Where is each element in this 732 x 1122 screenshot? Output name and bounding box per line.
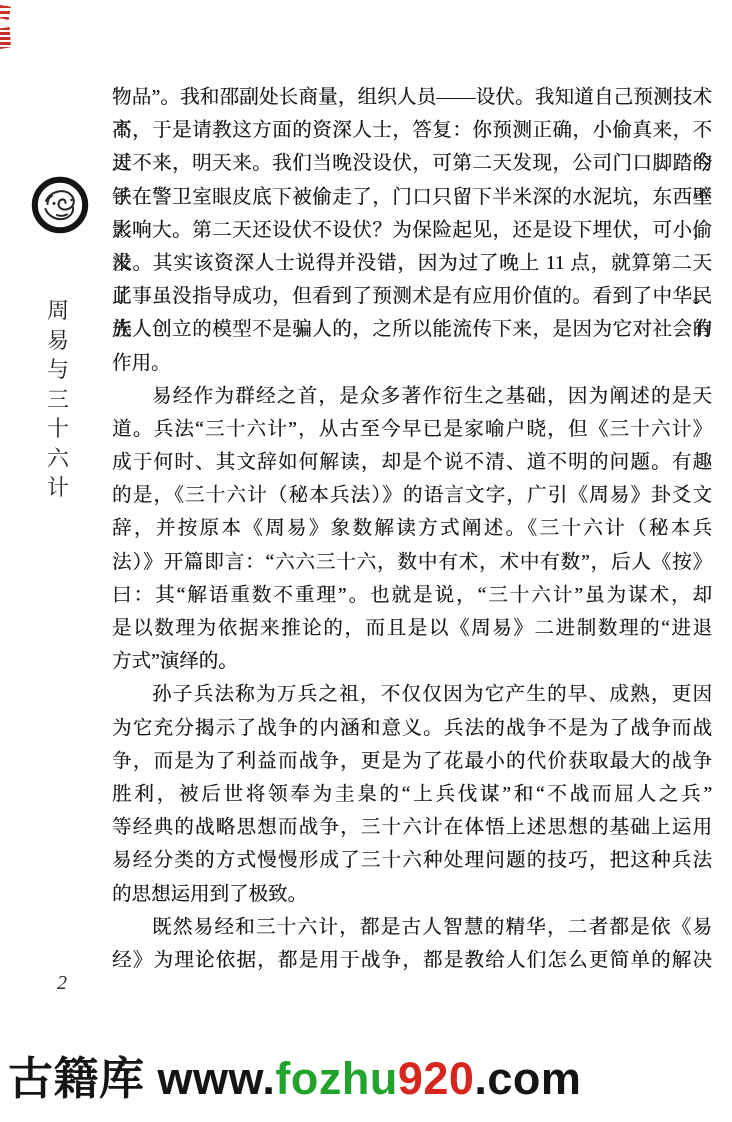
text-line: 成于何时、其文辞如何解读，却是个说不清、道不明的问题。有趣 [112,446,712,479]
text-line: 曰：其“解语重数不重理”。也就是说，“三十六计”虽为谋术，却 [112,579,712,612]
text-line: 的是，《三十六计（秘本兵法）》的语言文字，广引《周易》卦爻文 [112,479,712,512]
book-title-char: 与 [47,359,69,381]
text-line: 易经作为群经之首，是众多著作衍生之基础，因为阐述的是天 [112,380,712,413]
book-title-char: 易 [47,330,69,352]
footer-text-segment: .com [474,1053,581,1104]
footer-text-segment: 古籍库 [8,1053,158,1104]
text-line: 等经典的战略思想而战争，三十六计在体悟上述思想的基础上运用 [112,811,712,844]
text-line: 先人创立的模型不是骗人的，之所以能流传下来，是因为它对社会有 [112,313,712,346]
footer-text-segment: 920 [398,1053,475,1104]
dragon-seal-icon [31,176,89,234]
red-stamp-fragment-icon [0,5,11,20]
text-line: 孙子兵法称为万兵之祖，不仅仅因为它产生的早、成熟，更因 [112,678,712,711]
text-line: 是以数理为依据来推论的，而且是以《周易》二进制数理的“进退 [112,612,712,645]
watermark-footer: 古籍库 www.fozhu920.com [8,1050,732,1112]
text-line: 天不来，明天来。我们当晚没设伏，可第二天发现，公司门口脚踏的铁壁 [112,147,712,180]
text-line: 辞，并按原本《周易》象数解读方式阐述。《三十六计（秘本兵 [112,512,712,545]
text-line: 此事虽没指导成功，但看到了预测术是有应用价值的。看到了中华民族的 [112,280,712,313]
text-line: 影响大。第二天还设伏不设伏？为保险起见，还是设下埋伏，可小偷没 [112,214,712,247]
text-line: 高，于是请教这方面的资深人士，答复：你预测正确，小偷真来，不过今 [112,114,712,147]
text-line: 作用。 [112,347,712,380]
text-line: 胜利，被后世将领奉为圭臬的“上兵伐谋”和“不战而屈人之兵” [112,778,712,811]
text-line: 争，而是为了利益而战争，更是为了花最小的代价获取最大的战争 [112,745,712,778]
book-title-char: 三 [47,389,69,411]
text-line: 易经分类的方式慢慢形成了三十六种处理问题的技巧，把这种兵法 [112,844,712,877]
text-line: 的思想运用到了极致。 [112,878,712,911]
book-title-char: 六 [47,448,69,470]
text-line: 子在警卫室眼皮底下被偷走了，门口只留下半米深的水泥坑，东西不大， [112,181,712,214]
page-body-text: 物品”。我和邵副处长商量，组织人员——设伏。我知道自己预测技术不高，于是请教这方… [112,81,712,977]
book-title-char: 十 [47,418,69,440]
text-line: 物品”。我和邵副处长商量，组织人员——设伏。我知道自己预测技术不 [112,81,712,114]
red-stamp-fragment-icon [0,27,11,49]
book-title-char: 周 [47,300,69,322]
footer-text-segment: www. [158,1053,276,1104]
book-title-vertical: 周易与三十六计 [44,300,72,499]
book-title-char: 计 [47,477,69,499]
text-line: 为它充分揭示了战争的内涵和意义。兵法的战争不是为了战争而战 [112,712,712,745]
text-line: 方式”演绎的。 [112,645,712,678]
text-line: 来。其实该资深人士说得并没错，因为过了晚上 11 点，就算第二天了。 [112,247,712,280]
page-number: 2 [57,972,67,995]
text-line: 法）》开篇即言：“六六三十六，数中有术，术中有数”，后人《按》 [112,546,712,579]
text-line: 道。兵法“三十六计”，从古至今早已是家喻户晓，但《三十六计》 [112,413,712,446]
book-page: 周易与三十六计 物品”。我和邵副处长商量，组织人员——设伏。我知道自己预测技术不… [0,0,732,1122]
text-line: 经》为理论依据，都是用于战争，都是教给人们怎么更简单的解决 [112,944,712,977]
footer-text-segment: fozhu [275,1053,397,1104]
text-line: 既然易经和三十六计，都是古人智慧的精华，二者都是依《易 [112,911,712,944]
